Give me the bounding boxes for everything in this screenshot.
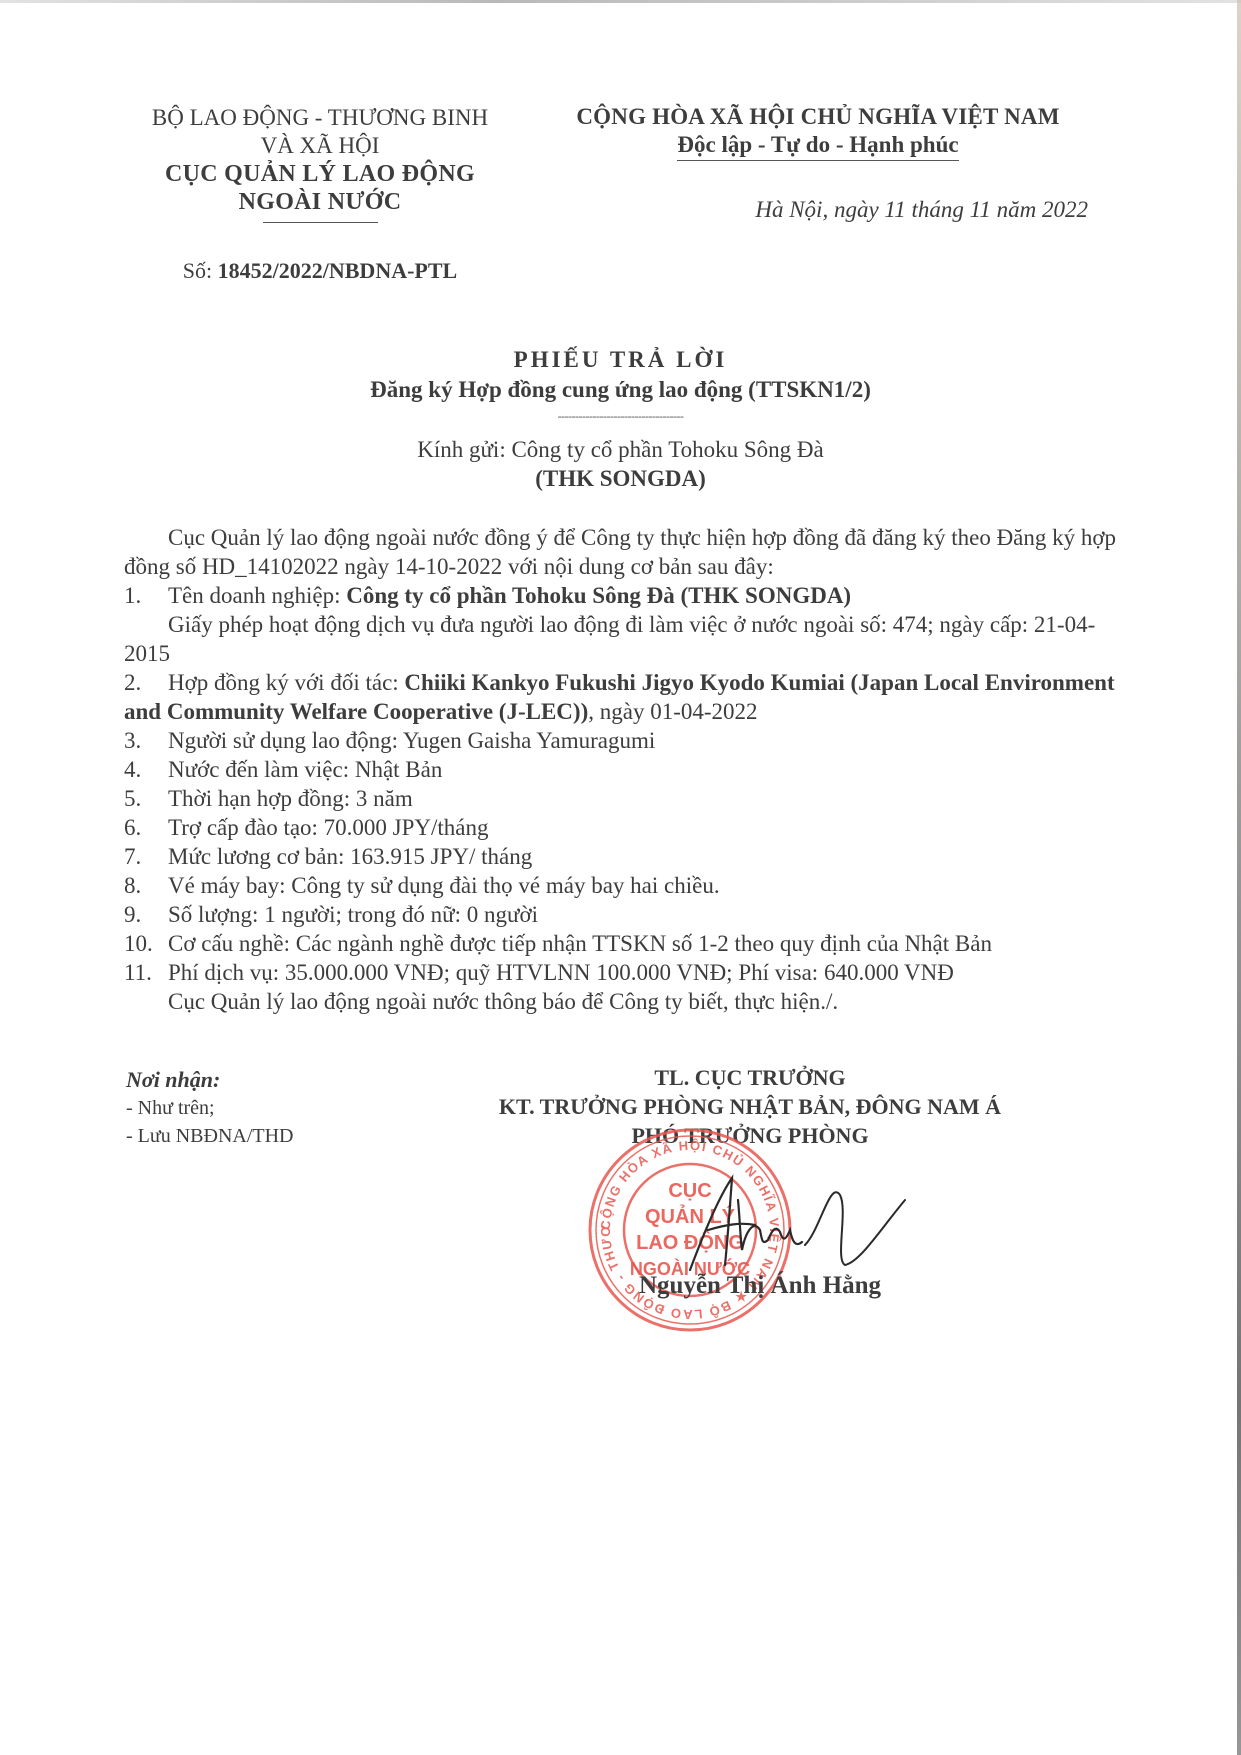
item-number: 4. [124,755,168,784]
partner-date: , ngày 01-04-2022 [588,699,757,724]
title-divider: ------------------------------------ [0,409,1241,424]
item-number: 6. [124,813,168,842]
list-item: 7.Mức lương cơ bản: 163.915 JPY/ tháng [124,842,1124,871]
ministry-line-2: VÀ XÃ HỘI [120,132,520,160]
item-text: Nước đến làm việc: Nhật Bản [168,755,1124,784]
nation-motto: Độc lập - Tự do - Hạnh phúc [677,132,958,161]
item-text: Cơ cấu nghề: Các ngành nghề được tiếp nh… [168,929,1124,958]
agency-underline [263,222,378,223]
document-number-label: Số: [183,258,212,283]
item-text: Mức lương cơ bản: 163.915 JPY/ tháng [168,842,1124,871]
list-item: 10.Cơ cấu nghề: Các ngành nghề được tiếp… [124,929,1124,958]
signer-name: Nguyễn Thị Ánh Hằng [560,1272,960,1300]
item-value: Công ty cổ phần Tohoku Sông Đà (THK SONG… [346,583,851,608]
item-number: 9. [124,900,168,929]
list-item: 4.Nước đến làm việc: Nhật Bản [124,755,1124,784]
document-subtitle: Đăng ký Hợp đồng cung ứng lao động (TTSK… [0,377,1241,403]
addressee-abbreviation: (THK SONGDA) [0,466,1241,492]
list-item: 6.Trợ cấp đào tạo: 70.000 JPY/tháng [124,813,1124,842]
partner-text: Hợp đồng ký với đối tác: Chiiki Kankyo F… [124,668,1124,726]
closing-paragraph: Cục Quản lý lao động ngoài nước thông bá… [124,987,1124,1016]
agency-line-2: NGOÀI NƯỚC [120,188,520,216]
agency-line-1: CỤC QUẢN LÝ LAO ĐỘNG [120,160,520,188]
nation-title: CỘNG HÒA XÃ HỘI CHỦ NGHĨA VIỆT NAM [548,104,1088,130]
item-text: Người sử dụng lao động: Yugen Gaisha Yam… [168,726,1124,755]
item-label: Tên doanh nghiệp: [168,583,346,608]
list-item: 3.Người sử dụng lao động: Yugen Gaisha Y… [124,726,1124,755]
recipients-label: Nơi nhận: [126,1066,426,1094]
item-number: 5. [124,784,168,813]
national-header: CỘNG HÒA XÃ HỘI CHỦ NGHĨA VIỆT NAM Độc l… [548,104,1088,161]
item-text: Trợ cấp đào tạo: 70.000 JPY/tháng [168,813,1124,842]
document-title: PHIẾU TRẢ LỜI [0,347,1241,373]
recipients-block: Nơi nhận: - Như trên; - Lưu NBĐNA/THD [126,1066,426,1150]
scan-edge-right [1237,0,1241,1755]
item-number: 10. [124,929,168,958]
item-number: 1. [124,581,168,610]
item-number: 8. [124,871,168,900]
item-text: Vé máy bay: Công ty sử dụng đài thọ vé m… [168,871,1124,900]
scan-edge-top [0,0,1241,3]
addressee: Kính gửi: Công ty cổ phần Tohoku Sông Đà [0,437,1241,463]
recipient-line: - Như trên; [126,1094,426,1122]
issuing-agency-block: BỘ LAO ĐỘNG - THƯƠNG BINH VÀ XÃ HỘI CỤC … [120,104,520,223]
item-number: 7. [124,842,168,871]
intro-paragraph: Cục Quản lý lao động ngoài nước đồng ý đ… [124,523,1124,581]
item-number: 2. [124,668,168,697]
document-number-value: 18452/2022/NBDNA-PTL [218,258,458,283]
ministry-line-1: BỘ LAO ĐỘNG - THƯƠNG BINH [120,104,520,132]
item-number: 3. [124,726,168,755]
list-item: 8.Vé máy bay: Công ty sử dụng đài thọ vé… [124,871,1124,900]
list-item: 1. Tên doanh nghiệp: Công ty cổ phần Toh… [124,581,1124,610]
signature-authority-line: TL. CỤC TRƯỞNG [440,1063,1060,1092]
list-item: 11.Phí dịch vụ: 35.000.000 VNĐ; quỹ HTVL… [124,958,1124,987]
document-number: Số: 18452/2022/NBDNA-PTL [120,258,520,284]
item-text: Phí dịch vụ: 35.000.000 VNĐ; quỹ HTVLNN … [168,958,1124,987]
signature-position-line: KT. TRƯỞNG PHÒNG NHẬT BẢN, ĐÔNG NAM Á [440,1092,1060,1121]
license-paragraph: Giấy phép hoạt động dịch vụ đưa người la… [124,610,1124,668]
item-text: Thời hạn hợp đồng: 3 năm [168,784,1124,813]
place-date: Hà Nội, ngày 11 tháng 11 năm 2022 [548,197,1088,223]
document-body: Cục Quản lý lao động ngoài nước đồng ý đ… [124,523,1124,1016]
list-item: 9.Số lượng: 1 người; trong đó nữ: 0 ngườ… [124,900,1124,929]
list-item: 5.Thời hạn hợp đồng: 3 năm [124,784,1124,813]
recipient-line: - Lưu NBĐNA/THD [126,1122,426,1150]
item-number: 11. [124,958,168,987]
item-text: Số lượng: 1 người; trong đó nữ: 0 người [168,900,1124,929]
